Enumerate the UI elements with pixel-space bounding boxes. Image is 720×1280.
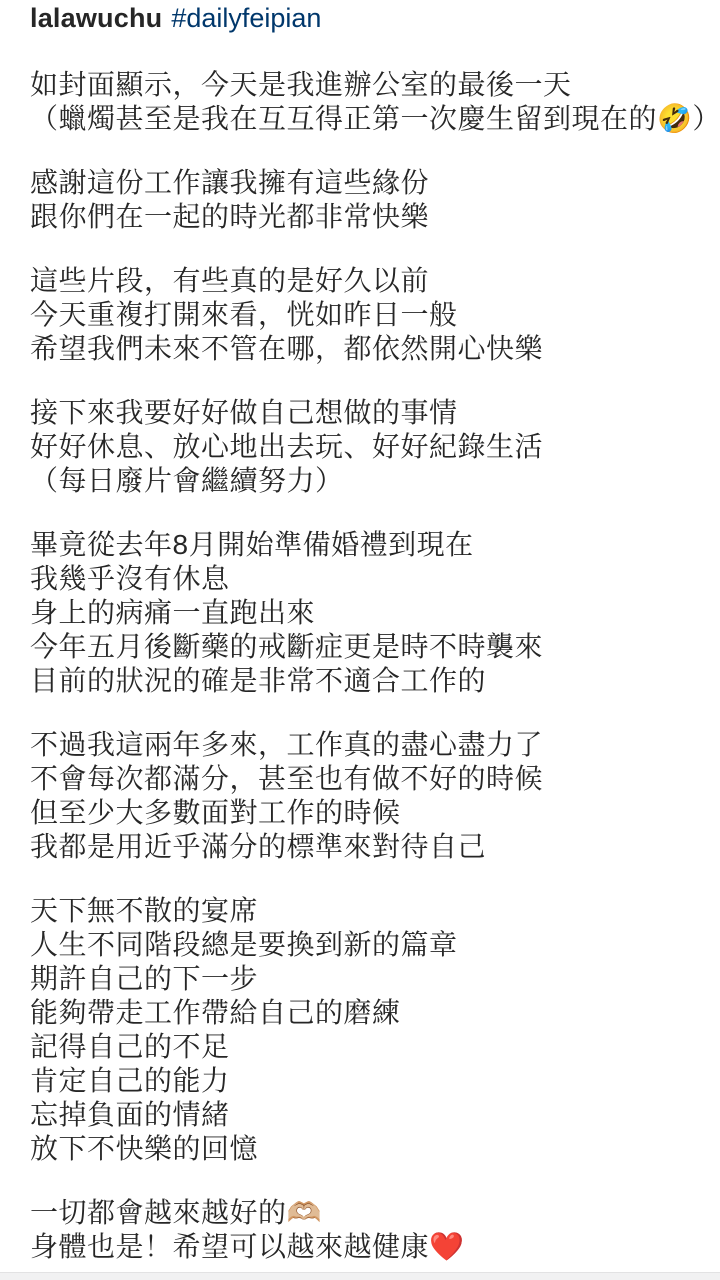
caption-body: 如封面顯示，今天是我進辦公室的最後一天（蠟燭甚至是我在互互得正第一次慶生留到現在… [30, 68, 692, 1264]
caption-paragraph: 接下來我要好好做自己想做的事情好好休息、放心地出去玩、好好紀錄生活（每日廢片會繼… [30, 396, 692, 498]
caption-line: 不會每次都滿分，甚至也有做不好的時候 [30, 762, 692, 796]
caption-line: 今天重複打開來看，恍如昨日一般 [30, 298, 692, 332]
caption-line: 人生不同階段總是要換到新的篇章 [30, 928, 692, 962]
caption-header: lalawuchu#dailyfeipian [30, 2, 692, 34]
caption-paragraph: 不過我這兩年多來，工作真的盡心盡力了不會每次都滿分，甚至也有做不好的時候但至少大… [30, 728, 692, 864]
caption-line: 如封面顯示，今天是我進辦公室的最後一天 [30, 68, 692, 102]
caption-line: 但至少大多數面對工作的時候 [30, 796, 692, 830]
caption-line: 畢竟從去年8月開始準備婚禮到現在 [30, 528, 692, 562]
caption-line: 好好休息、放心地出去玩、好好紀錄生活 [30, 430, 692, 464]
hashtag-link[interactable]: #dailyfeipian [171, 3, 321, 33]
caption-line: 肯定自己的能力 [30, 1064, 692, 1098]
caption-line: 接下來我要好好做自己想做的事情 [30, 396, 692, 430]
caption-paragraph: 天下無不散的宴席人生不同階段總是要換到新的篇章期許自己的下一步能夠帶走工作帶給自… [30, 894, 692, 1166]
caption-line: 能夠帶走工作帶給自己的磨練 [30, 996, 692, 1030]
caption-line: 身體也是！希望可以越來越健康❤️ [30, 1230, 692, 1264]
caption-line: 我都是用近乎滿分的標準來對待自己 [30, 830, 692, 864]
caption-line: （蠟燭甚至是我在互互得正第一次慶生留到現在的🤣） [30, 102, 692, 136]
bottom-divider [0, 1272, 720, 1280]
caption-paragraph: 如封面顯示，今天是我進辦公室的最後一天（蠟燭甚至是我在互互得正第一次慶生留到現在… [30, 68, 692, 136]
caption-line: 希望我們未來不管在哪，都依然開心快樂 [30, 332, 692, 366]
caption-line: 一切都會越來越好的🫶🏼 [30, 1196, 692, 1230]
caption-line: 身上的病痛一直跑出來 [30, 596, 692, 630]
caption-paragraph: 這些片段，有些真的是好久以前今天重複打開來看，恍如昨日一般希望我們未來不管在哪，… [30, 264, 692, 366]
caption-line: （每日廢片會繼續努力） [30, 464, 692, 498]
caption-line: 目前的狀況的確是非常不適合工作的 [30, 664, 692, 698]
caption-line: 天下無不散的宴席 [30, 894, 692, 928]
caption-line: 今年五月後斷藥的戒斷症更是時不時襲來 [30, 630, 692, 664]
caption-line: 我幾乎沒有休息 [30, 562, 692, 596]
caption-line: 感謝這份工作讓我擁有這些緣份 [30, 166, 692, 200]
caption-paragraph: 感謝這份工作讓我擁有這些緣份跟你們在一起的時光都非常快樂 [30, 166, 692, 234]
caption: lalawuchu#dailyfeipian 如封面顯示，今天是我進辦公室的最後… [0, 0, 720, 1264]
caption-line: 跟你們在一起的時光都非常快樂 [30, 200, 692, 234]
caption-line: 期許自己的下一步 [30, 962, 692, 996]
caption-paragraph: 一切都會越來越好的🫶🏼身體也是！希望可以越來越健康❤️ [30, 1196, 692, 1264]
caption-line: 記得自己的不足 [30, 1030, 692, 1064]
caption-line: 不過我這兩年多來，工作真的盡心盡力了 [30, 728, 692, 762]
caption-paragraph: 畢竟從去年8月開始準備婚禮到現在我幾乎沒有休息身上的病痛一直跑出來今年五月後斷藥… [30, 528, 692, 698]
caption-line: 這些片段，有些真的是好久以前 [30, 264, 692, 298]
caption-line: 放下不快樂的回憶 [30, 1132, 692, 1166]
post-caption-screen: lalawuchu#dailyfeipian 如封面顯示，今天是我進辦公室的最後… [0, 0, 720, 1264]
username-link[interactable]: lalawuchu [30, 3, 162, 33]
caption-line: 忘掉負面的情緒 [30, 1098, 692, 1132]
